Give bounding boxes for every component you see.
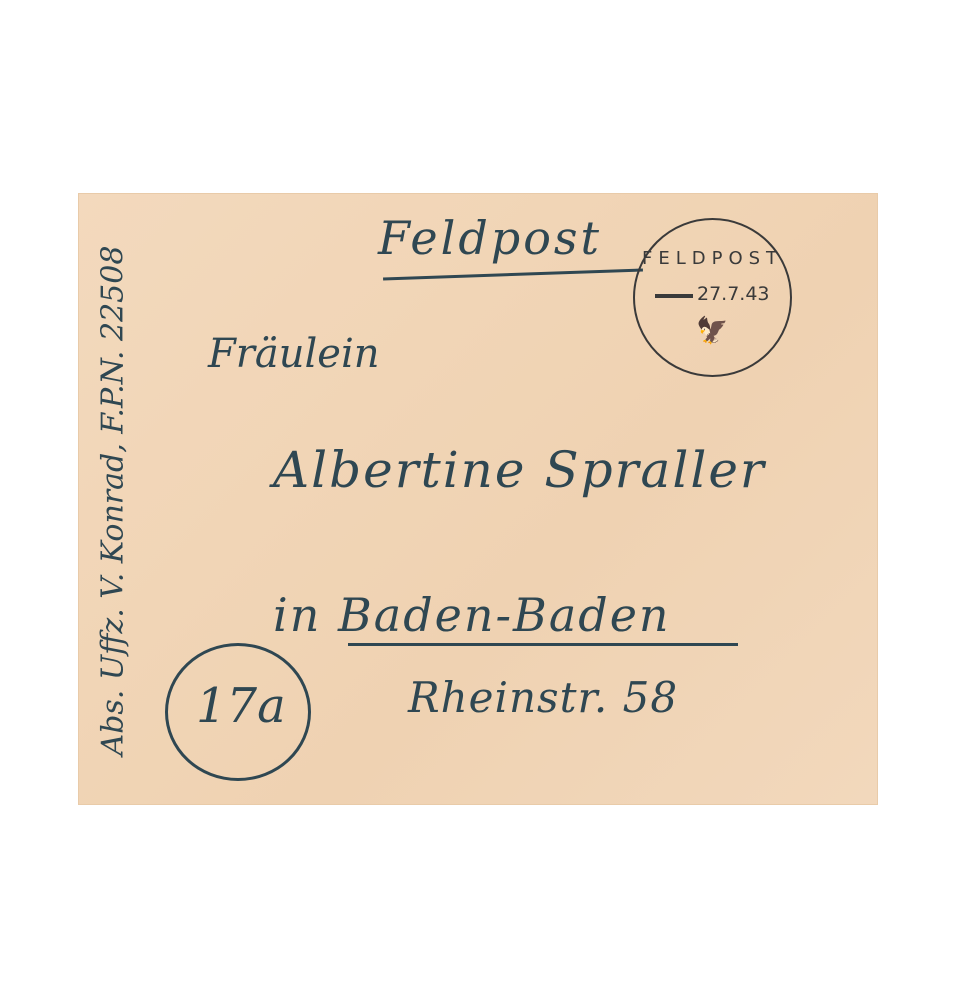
envelope: Feldpost FELDPOST 27.7.43 🦅 Fräulein Alb…	[78, 193, 878, 805]
circled-mark: 17a	[165, 643, 311, 781]
sender-address: Abs. Uffz. V. Konrad, F.P.N. 22508	[96, 221, 131, 781]
postmark-date: 27.7.43	[697, 283, 770, 305]
recipient-name: Albertine Spraller	[273, 441, 766, 499]
recipient-salutation: Fräulein	[208, 331, 380, 377]
postmark-stamp: FELDPOST 27.7.43 🦅	[633, 218, 792, 377]
city-underline	[348, 643, 738, 646]
postmark-bar	[655, 294, 693, 298]
recipient-street: Rheinstr. 58	[408, 673, 678, 722]
feldpost-underline	[383, 268, 643, 280]
recipient-city: in Baden-Baden	[273, 588, 671, 642]
circled-mark-text: 17a	[196, 678, 286, 734]
postmark-text: FELDPOST	[635, 248, 790, 269]
feldpost-header: Feldpost	[378, 211, 602, 265]
eagle-icon: 🦅	[635, 316, 790, 346]
